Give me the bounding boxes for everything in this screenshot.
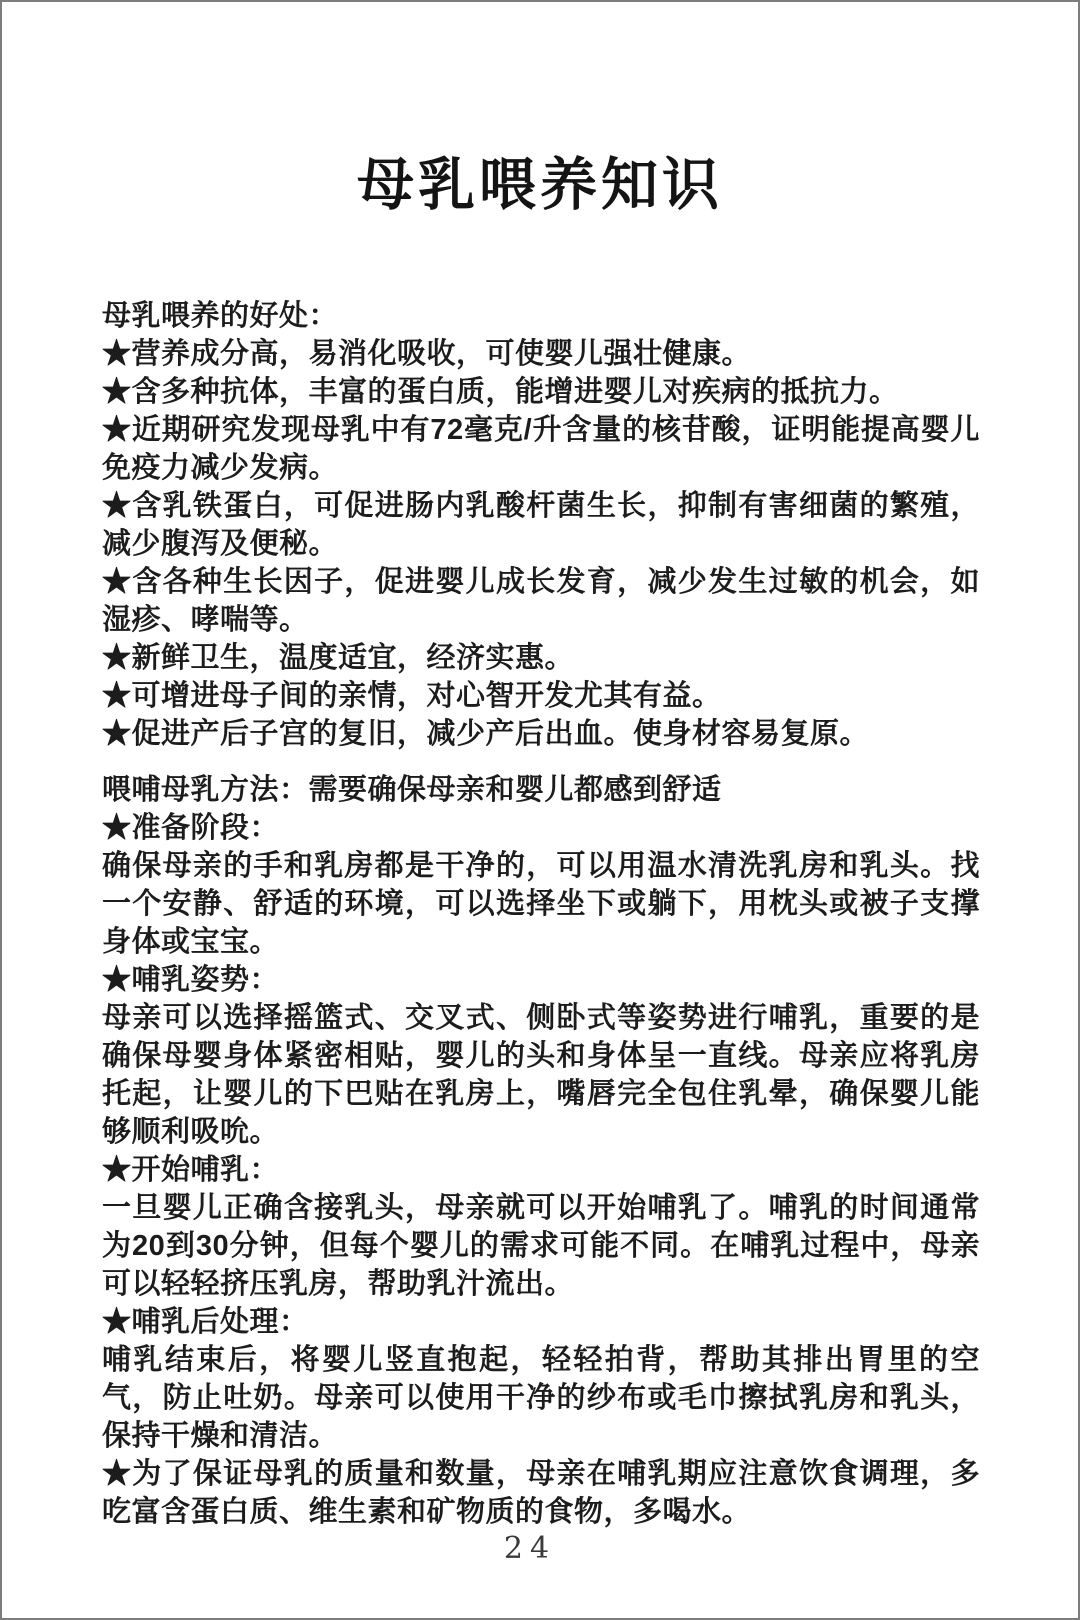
benefit-item: ★新鲜卫生，温度适宜，经济实惠。 bbox=[102, 639, 980, 677]
benefit-item: ★含多种抗体，丰富的蛋白质，能增进婴儿对疾病的抵抗力。 bbox=[102, 373, 980, 411]
document-page: 母乳喂养知识 母乳喂养的好处： ★营养成分高，易消化吸收，可使婴儿强壮健康。 ★… bbox=[0, 0, 1080, 1620]
benefit-item: ★近期研究发现母乳中有72毫克/升含量的核苷酸，证明能提高婴儿免疫力减少发病。 bbox=[102, 411, 980, 487]
method-subheading-preparation: ★准备阶段： bbox=[102, 809, 980, 847]
benefit-item: ★促进产后子宫的复旧，减少产后出血。使身材容易复原。 bbox=[102, 715, 980, 753]
method-subheading-start: ★开始哺乳： bbox=[102, 1151, 980, 1189]
benefit-item: ★营养成分高，易消化吸收，可使婴儿强壮健康。 bbox=[102, 335, 980, 373]
method-heading: 喂哺母乳方法：需要确保母亲和婴儿都感到舒适 bbox=[102, 771, 980, 809]
benefit-item: ★含乳铁蛋白，可促进肠内乳酸杆菌生长，抑制有害细菌的繁殖，减少腹泻及便秘。 bbox=[102, 487, 980, 563]
page-number: 24 bbox=[2, 1531, 1058, 1566]
method-paragraph: 确保母亲的手和乳房都是干净的，可以用温水清洗乳房和乳头。找一个安静、舒适的环境，… bbox=[102, 847, 980, 961]
document-title: 母乳喂养知识 bbox=[2, 154, 1078, 217]
document-body: 母乳喂养的好处： ★营养成分高，易消化吸收，可使婴儿强壮健康。 ★含多种抗体，丰… bbox=[102, 297, 980, 1531]
method-paragraph: 哺乳结束后，将婴儿竖直抱起，轻轻拍背，帮助其排出胃里的空气，防止吐奶。母亲可以使… bbox=[102, 1341, 980, 1455]
method-subheading-posture: ★哺乳姿势： bbox=[102, 961, 980, 999]
method-diet-note: ★为了保证母乳的质量和数量，母亲在哺乳期应注意饮食调理，多吃富含蛋白质、维生素和… bbox=[102, 1455, 980, 1531]
benefit-item: ★含各种生长因子，促进婴儿成长发育，减少发生过敏的机会，如湿疹、哮喘等。 bbox=[102, 563, 980, 639]
method-paragraph: 母亲可以选择摇篮式、交叉式、侧卧式等姿势进行哺乳，重要的是确保母婴身体紧密相贴，… bbox=[102, 999, 980, 1151]
benefit-item: ★可增进母子间的亲情，对心智开发尤其有益。 bbox=[102, 677, 980, 715]
benefits-heading: 母乳喂养的好处： bbox=[102, 297, 980, 335]
method-paragraph: 一旦婴儿正确含接乳头，母亲就可以开始哺乳了。哺乳的时间通常为20到30分钟，但每… bbox=[102, 1189, 980, 1303]
method-subheading-aftercare: ★哺乳后处理： bbox=[102, 1303, 980, 1341]
